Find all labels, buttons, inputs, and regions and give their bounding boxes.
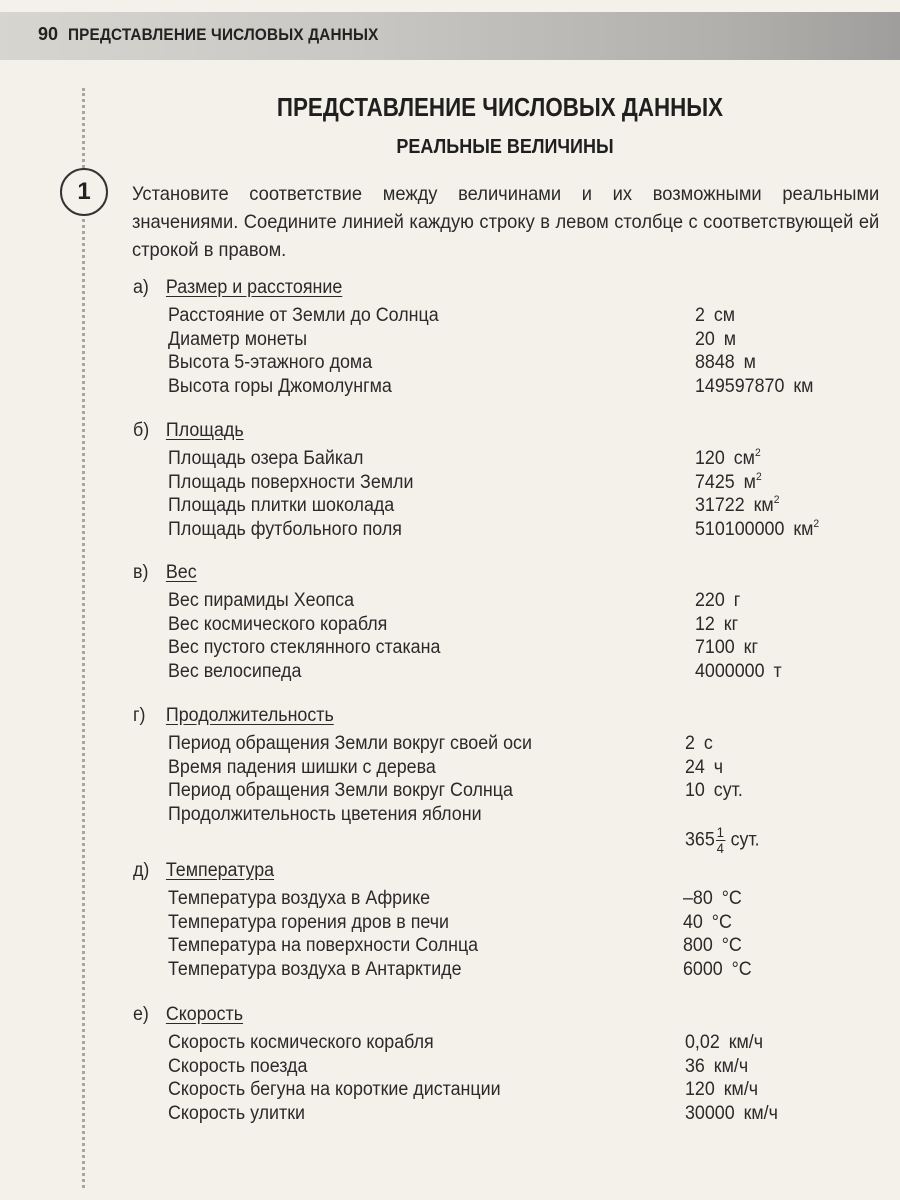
value-option: 800 °C xyxy=(683,934,742,958)
section-letter: д) xyxy=(133,859,166,883)
task-number-badge: 1 xyxy=(60,168,108,216)
match-row: Скорость космического корабля0,02 км/ч xyxy=(133,1031,873,1055)
fraction: 14 xyxy=(716,825,725,856)
value-option: 120 км/ч xyxy=(685,1078,758,1102)
section-name: Продолжительность xyxy=(166,705,334,726)
quantity-label: Расстояние от Земли до Солнца xyxy=(168,304,439,328)
quantity-label: Вес пирамиды Хеопса xyxy=(168,589,354,613)
quantity-label: Диаметр монеты xyxy=(168,328,307,352)
section-rows: Период обращения Земли вокруг своей оси2… xyxy=(133,732,873,826)
value-option: –80 °C xyxy=(683,887,742,911)
section-name: Площадь xyxy=(166,420,244,441)
value-option: 40 °C xyxy=(683,911,732,935)
quantity-label: Площадь поверхности Земли xyxy=(168,471,413,495)
match-row: Вес космического корабля12 кг xyxy=(133,613,873,637)
match-row: Температура воздуха в Африке–80 °C xyxy=(133,887,873,911)
quantity-label: Температура на поверхности Солнца xyxy=(168,934,478,958)
value-option: 0,02 км/ч xyxy=(685,1031,763,1055)
quantity-label: Период обращения Земли вокруг своей оси xyxy=(168,732,532,756)
match-row: Температура на поверхности Солнца800 °C xyxy=(133,934,873,958)
value-option: 4000000 т xyxy=(695,660,782,684)
section-heading: а)Размер и расстояние xyxy=(133,276,829,300)
fraction-denominator: 4 xyxy=(716,841,725,856)
section-name: Размер и расстояние xyxy=(166,277,342,298)
quantity-label: Температура воздуха в Африке xyxy=(168,887,430,911)
section-heading: б)Площадь xyxy=(133,419,829,443)
section-heading: е)Скорость xyxy=(133,1003,829,1027)
running-title: ПРЕДСТАВЛЕНИЕ ЧИСЛОВЫХ ДАННЫХ xyxy=(68,25,379,45)
section-rows: Расстояние от Земли до Солнца2 смДиаметр… xyxy=(133,304,873,398)
quantity-label: Площадь озера Байкал xyxy=(168,447,363,471)
quantity-label: Вес велосипеда xyxy=(168,660,301,684)
quantity-label: Скорость бегуна на короткие дистанции xyxy=(168,1078,501,1102)
quantity-label: Температура воздуха в Антарктиде xyxy=(168,958,462,982)
task-number: 1 xyxy=(77,178,90,206)
page-subtitle: РЕАЛЬНЫЕ ВЕЛИЧИНЫ xyxy=(51,136,900,159)
section-letter: г) xyxy=(133,704,166,728)
quantity-label: Высота горы Джомолунгма xyxy=(168,375,392,399)
section-letter: е) xyxy=(133,1003,166,1027)
value-option: 8848 м xyxy=(695,351,756,375)
quantity-label: Вес пустого стеклянного стакана xyxy=(168,636,440,660)
value-option: 24 ч xyxy=(685,756,723,780)
value-option: 36514сут. xyxy=(685,825,760,856)
margin-dotted-rule xyxy=(82,88,85,1188)
quantity-label: Скорость поезда xyxy=(168,1055,307,1079)
quantity-label: Площадь футбольного поля xyxy=(168,518,402,542)
match-row: Скорость поезда36 км/ч xyxy=(133,1055,873,1079)
page-title: ПРЕДСТАВЛЕНИЕ ЧИСЛОВЫХ ДАННЫХ xyxy=(70,92,900,123)
value-option: 510100000 км2 xyxy=(695,518,819,542)
quantity-label: Высота 5-этажного дома xyxy=(168,351,372,375)
section-6: е)СкоростьСкорость космического корабля0… xyxy=(133,1003,873,1125)
value-option: 220 г xyxy=(695,589,740,613)
quantity-label: Температура горения дров в печи xyxy=(168,911,449,935)
match-row: Расстояние от Земли до Солнца2 см xyxy=(133,304,873,328)
match-row: Высота 5-этажного дома8848 м xyxy=(133,351,873,375)
section-5: д)ТемператураТемпература воздуха в Африк… xyxy=(133,859,873,981)
match-row: Период обращения Земли вокруг своей оси2… xyxy=(133,732,873,756)
match-row: Площадь футбольного поля510100000 км2 xyxy=(133,518,873,542)
section-heading: г)Продолжительность xyxy=(133,704,829,728)
section-name: Вес xyxy=(166,562,197,583)
section-letter: в) xyxy=(133,561,166,585)
match-row: Период обращения Земли вокруг Солнца10 с… xyxy=(133,779,873,803)
value-option: 7100 кг xyxy=(695,636,758,660)
section-1: а)Размер и расстояниеРасстояние от Земли… xyxy=(133,276,873,398)
match-row: Продолжительность цветения яблони36514су… xyxy=(133,803,873,827)
match-row: Площадь плитки шоколада31722 км2 xyxy=(133,494,873,518)
section-rows: Вес пирамиды Хеопса220 гВес космического… xyxy=(133,589,873,683)
match-row: Скорость бегуна на короткие дистанции120… xyxy=(133,1078,873,1102)
section-letter: а) xyxy=(133,276,166,300)
section-rows: Температура воздуха в Африке–80 °CТемпер… xyxy=(133,887,873,981)
match-row: Скорость улитки30000 км/ч xyxy=(133,1102,873,1126)
match-row: Диаметр монеты20 м xyxy=(133,328,873,352)
value-option: 2 см xyxy=(695,304,735,328)
section-letter: б) xyxy=(133,419,166,443)
section-heading: в)Вес xyxy=(133,561,829,585)
section-3: в)ВесВес пирамиды Хеопса220 гВес космиче… xyxy=(133,561,873,683)
value-option: 20 м xyxy=(695,328,736,352)
value-option: 6000 °C xyxy=(683,958,752,982)
match-row: Температура воздуха в Антарктиде6000 °C xyxy=(133,958,873,982)
match-row: Площадь озера Байкал120 см2 xyxy=(133,447,873,471)
value-option: 120 см2 xyxy=(695,447,761,471)
match-row: Вес пирамиды Хеопса220 г xyxy=(133,589,873,613)
value-option: 10 сут. xyxy=(685,779,743,803)
value-option: 2 с xyxy=(685,732,713,756)
match-row: Температура горения дров в печи40 °C xyxy=(133,911,873,935)
match-row: Высота горы Джомолунгма149597870 км xyxy=(133,375,873,399)
section-rows: Скорость космического корабля0,02 км/чСк… xyxy=(133,1031,873,1125)
quantity-label: Продолжительность цветения яблони xyxy=(168,803,482,827)
section-name: Скорость xyxy=(166,1004,243,1025)
match-row: Вес пустого стеклянного стакана7100 кг xyxy=(133,636,873,660)
value-option: 12 кг xyxy=(695,613,738,637)
fraction-numerator: 1 xyxy=(716,825,725,841)
section-2: б)ПлощадьПлощадь озера Байкал120 см2Площ… xyxy=(133,419,873,541)
running-header: 90 ПРЕДСТАВЛЕНИЕ ЧИСЛОВЫХ ДАННЫХ xyxy=(0,12,900,60)
quantity-label: Время падения шишки с дерева xyxy=(168,756,436,780)
value-option: 149597870 км xyxy=(695,375,813,399)
section-rows: Площадь озера Байкал120 см2Площадь повер… xyxy=(133,447,873,541)
section-4: г)ПродолжительностьПериод обращения Земл… xyxy=(133,704,873,826)
section-heading: д)Температура xyxy=(133,859,829,883)
quantity-label: Площадь плитки шоколада xyxy=(168,494,394,518)
value-option: 36 км/ч xyxy=(685,1055,748,1079)
value-option: 30000 км/ч xyxy=(685,1102,778,1126)
match-row: Время падения шишки с дерева24 ч xyxy=(133,756,873,780)
match-row: Вес велосипеда4000000 т xyxy=(133,660,873,684)
quantity-label: Скорость космического корабля xyxy=(168,1031,434,1055)
section-name: Температура xyxy=(166,860,274,881)
value-option: 31722 км2 xyxy=(695,494,779,518)
task-instructions: Установите соответствие между величинами… xyxy=(132,180,879,264)
value-option: 7425 м2 xyxy=(695,471,762,495)
quantity-label: Скорость улитки xyxy=(168,1102,305,1126)
quantity-label: Вес космического корабля xyxy=(168,613,387,637)
quantity-label: Период обращения Земли вокруг Солнца xyxy=(168,779,513,803)
match-row: Площадь поверхности Земли7425 м2 xyxy=(133,471,873,495)
page-number: 90 xyxy=(38,24,58,45)
